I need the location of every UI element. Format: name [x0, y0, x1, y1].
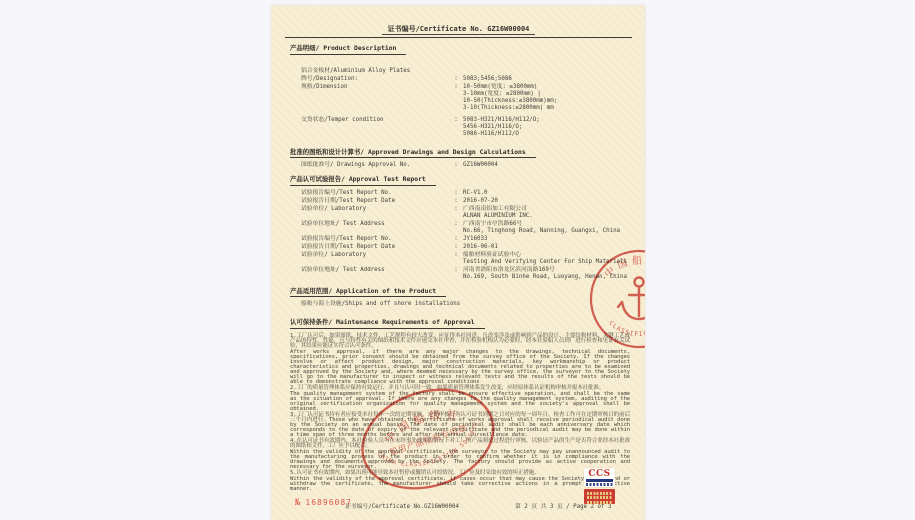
field-value: 5083;5456;5086: [463, 76, 632, 83]
field-label: 图纸批准号/ Drawings Approval No.: [301, 162, 449, 169]
field-value: GZ16W00004: [463, 162, 632, 169]
field-value: No.169, South Binhe Road, Luoyang, Henan…: [463, 274, 632, 281]
maintenance-paragraph: 3.工厂认可证书持有者应接受本社每年一次的定期审核。定期审核日为认可证书到期之日…: [290, 413, 630, 438]
field-row-test-address-1: 试验单位地址/ Test Address : 广西南宁市亭洪路66号 No.66…: [301, 221, 632, 235]
field-value: 10-50(Thickness:≤3800mm)mm;: [463, 98, 632, 105]
certificate-number-text: 证书编号/Certificate No. GZ16W00004: [382, 25, 536, 35]
maintenance-paragraph: 5.认可证书有效期内，如果出现可能导致本社暂停或撤销认可的情况，工厂应及时采取有…: [290, 471, 630, 476]
field-value: Testing And Verifying Center For Ship Ma…: [463, 259, 632, 266]
section-title-approved-drawings: 批准的图纸和设计计算书/ Approved Drawings and Desig…: [290, 149, 536, 159]
field-label: 试验报告编号/Test Report No.: [301, 236, 449, 243]
maintenance-paragraph: After works approval, if there are any m…: [290, 350, 630, 385]
product-name: 铝合金板材/Aluminium Alloy Plates: [301, 68, 632, 75]
maintenance-paragraph: Within the validity of the approval cert…: [290, 477, 630, 492]
section-title-maintenance: 认可保持条件/ Maintenance Requirements of Appr…: [290, 319, 485, 329]
application-text: 船舶与海上设施/Ships and off shore installation…: [301, 301, 632, 308]
footer-certificate-number: 证书编号/Certificate No.GZ16W00004: [345, 501, 459, 510]
certificate-number-header: 证书编号/Certificate No. GZ16W00004: [285, 26, 632, 33]
ccs-logo-text: CCS: [586, 470, 613, 478]
field-value: 5456-H321/H116/O;: [463, 124, 632, 131]
field-label: 规格/Dimension: [301, 84, 449, 91]
field-row-dimension: 规格/Dimension : 10-50mm(宽度: ≤3800mm) 3-10…: [301, 84, 632, 112]
colon: :: [449, 252, 463, 259]
maintenance-paragraph: Within the validity of the approval cert…: [290, 450, 630, 470]
field-value: 3-10(Thickness:≤2800mm) mm: [463, 105, 632, 112]
product-rows: 牌号/Designation: : 5083;5456;5086 规格/Dime…: [301, 76, 632, 138]
field-row-test-report-date-2: 试验报告日期/Test Report Date : 2016-06-01: [301, 244, 632, 251]
field-row-designation: 牌号/Designation: : 5083;5456;5086: [301, 76, 632, 83]
ccs-logo-box: CCS: [584, 468, 615, 487]
ccs-logo-subtext-lines: [586, 483, 613, 486]
ccs-red-label: [584, 489, 615, 504]
field-value: 广西南南铝加工有限公司: [463, 206, 632, 213]
field-row-temper: 交货状态/Temper condition : 5083-H321/H116/H…: [301, 117, 632, 138]
drawings-rows: 图纸批准号/ Drawings Approval No. : GZ16W0000…: [301, 162, 632, 169]
maintenance-paragraph: 4.在认可证书有效期内，本社检验人员可在未经事先通知的情况下对工厂的产品制造过程…: [290, 439, 630, 449]
field-value: 2016-06-01: [463, 244, 632, 251]
colon: :: [449, 190, 463, 197]
field-value: 广西南宁市亭洪路66号: [463, 221, 632, 228]
field-row-laboratory-2: 试验单位/ Laboratory : 船舶材料验证试验中心 Testing An…: [301, 252, 632, 266]
colon: :: [449, 267, 463, 274]
colon: :: [449, 84, 463, 91]
field-value: JY16033: [463, 236, 632, 243]
field-value: 5083-H321/H116/H112/O;: [463, 117, 632, 124]
field-label: 交货状态/Temper condition: [301, 117, 449, 124]
maintenance-paragraph: 2.工厂的质量管理体系应保持有效运行，并且与认可时一致。如果质量管理体系发生改变…: [290, 386, 630, 391]
field-row-test-report-no-2: 试验报告编号/Test Report No. : JY16033: [301, 236, 632, 243]
test-report-rows: 试验报告编号/Test Report No. : RC-V1.0 试验报告日期/…: [301, 190, 632, 281]
field-value: RC-V1.0: [463, 190, 632, 197]
serial-number: №16896087: [295, 498, 352, 508]
colon: :: [449, 162, 463, 169]
field-value: 船舶材料验证试验中心: [463, 252, 632, 259]
colon: :: [449, 206, 463, 213]
maintenance-paragraph: The quality management system of the fac…: [290, 392, 630, 412]
field-value: 10-50mm(宽度: ≤3800mm): [463, 84, 632, 91]
field-value: ALNAN ALUMINIUM INC.: [463, 213, 632, 220]
ccs-logo-bar: [586, 479, 613, 482]
certificate-page: 证书编号/Certificate No. GZ16W00004 产品明细/ Pr…: [271, 5, 645, 516]
field-label: 试验单位/ Laboratory: [301, 252, 449, 259]
field-label: 试验报告日期/Test Report Date: [301, 244, 449, 251]
section-title-product-description: 产品明细/ Product Description: [290, 45, 406, 55]
colon: :: [449, 117, 463, 124]
colon: :: [449, 221, 463, 228]
ccs-logo: CCS: [584, 468, 615, 504]
field-value: 5086-H116/H112/O: [463, 131, 632, 138]
field-label: 试验报告日期/Test Report Date: [301, 198, 449, 205]
field-label: 试验报告编号/Test Report No.: [301, 190, 449, 197]
field-value: 2016-07-20: [463, 198, 632, 205]
field-label: 牌号/Designation:: [301, 76, 449, 83]
certificate-content: 证书编号/Certificate No. GZ16W00004 产品明细/ Pr…: [271, 5, 645, 492]
field-row-drawings-approval: 图纸批准号/ Drawings Approval No. : GZ16W0000…: [301, 162, 632, 169]
section-title-application: 产品适用范围/ Application of the Product: [290, 288, 446, 298]
section-title-test-report: 产品认可试验报告/ Approval Test Report: [290, 176, 436, 186]
maintenance-paragraph: 1.工厂认可后，如果图纸、技术文件、工艺规程有较大改变，应征得本社同意。凡改变涉…: [290, 334, 630, 349]
field-row-test-report-no-1: 试验报告编号/Test Report No. : RC-V1.0: [301, 190, 632, 197]
colon: :: [449, 236, 463, 243]
field-value: 3-10mm(宽度: ≤2800mm) |: [463, 91, 632, 98]
field-value: 河南省洛阳市洛龙区滨河南路169号: [463, 267, 632, 274]
colon: :: [449, 76, 463, 83]
field-value: No.66, Tinghong Road, Nanning, Guangxi, …: [463, 228, 632, 235]
field-label: 试验单位地址/ Test Address: [301, 267, 449, 274]
maintenance-text: 1.工厂认可后，如果图纸、技术文件、工艺规程有较大改变，应征得本社同意。凡改变涉…: [290, 334, 630, 492]
field-row-test-report-date-1: 试验报告日期/Test Report Date : 2016-07-20: [301, 198, 632, 205]
field-row-test-address-2: 试验单位地址/ Test Address : 河南省洛阳市洛龙区滨河南路169号…: [301, 267, 632, 281]
field-row-laboratory-1: 试验单位/ Laboratory : 广西南南铝加工有限公司 ALNAN ALU…: [301, 206, 632, 220]
numero-sign: №: [295, 498, 300, 508]
field-label: 试验单位地址/ Test Address: [301, 221, 449, 228]
colon: :: [449, 198, 463, 205]
field-label: 试验单位/ Laboratory: [301, 206, 449, 213]
colon: :: [449, 244, 463, 251]
